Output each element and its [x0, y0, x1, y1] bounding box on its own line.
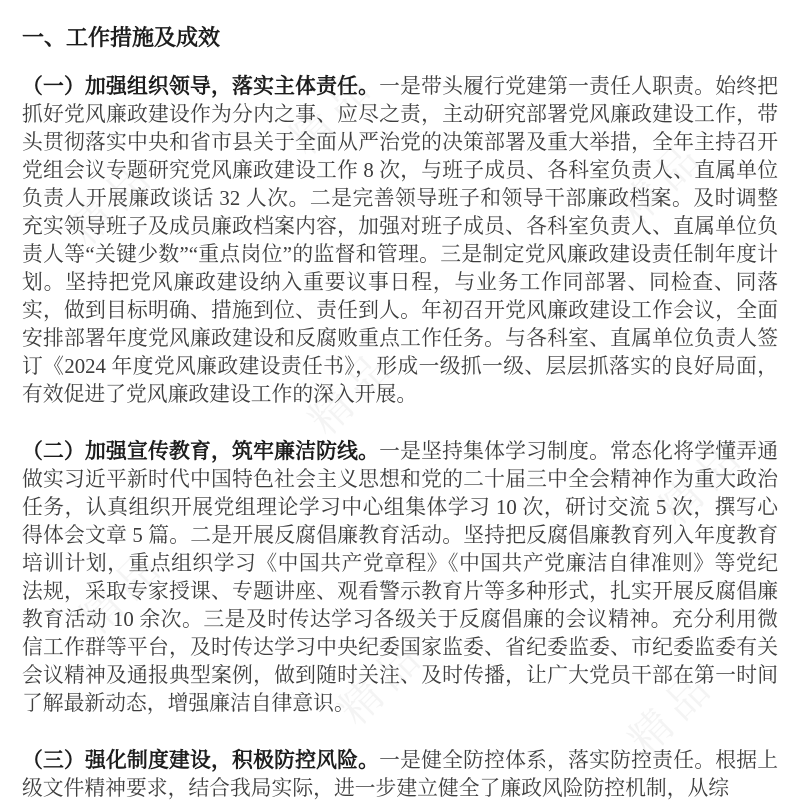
document-content: 一、工作措施及成效 （一）加强组织领导，落实主体责任。一是带头履行党建第一责任人… — [0, 0, 800, 800]
paragraph-3-lead: （三）强化制度建设，积极防控风险。 — [22, 749, 379, 772]
section-heading: 一、工作措施及成效 — [22, 24, 778, 52]
paragraph-publicity-education: （二）加强宣传教育，筑牢廉洁防线。一是坚持集体学习制度。常态化将学懂弄通做实习近… — [22, 438, 778, 718]
paragraph-organizational-leadership: （一）加强组织领导，落实主体责任。一是带头履行党建第一责任人职责。始终把抓好党风… — [22, 73, 778, 409]
document-page: 精品 精品 精品 精品 精品 精品 精品 精品 一、工作措施及成效 （一）加强组… — [0, 0, 800, 800]
paragraph-2-body: 一是坚持集体学习制度。常态化将学懂弄通做实习近平新时代中国特色社会主义思想和党的… — [22, 440, 778, 715]
paragraph-1-body: 一是带头履行党建第一责任人职责。始终把抓好党风廉政建设作为分内之事、应尽之责，主… — [22, 75, 778, 406]
paragraph-2-lead: （二）加强宣传教育，筑牢廉洁防线。 — [22, 440, 379, 463]
paragraph-1-lead: （一）加强组织领导，落实主体责任。 — [22, 75, 379, 98]
paragraph-system-building: （三）强化制度建设，积极防控风险。一是健全防控体系，落实防控责任。根据上级文件精… — [22, 747, 778, 800]
